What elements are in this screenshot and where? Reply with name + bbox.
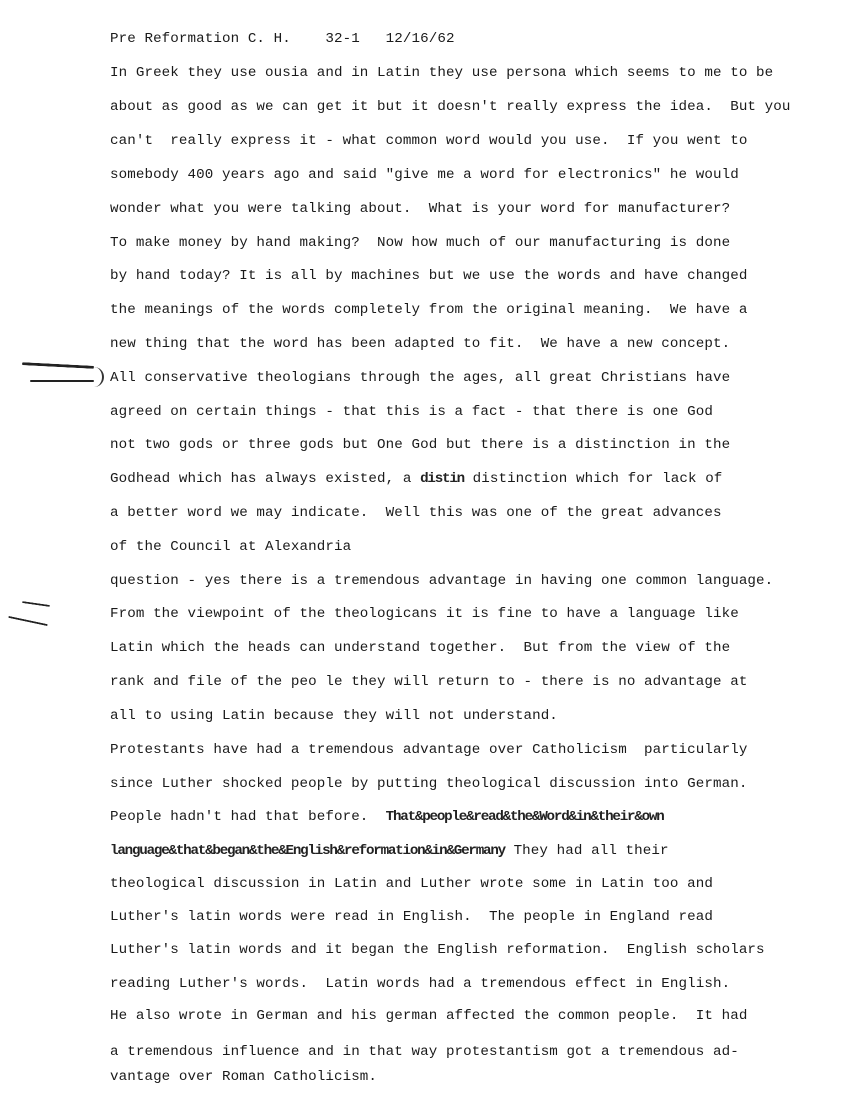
text-line: a tremendous influence and in that way p… bbox=[110, 1043, 739, 1061]
text-line: wonder what you were talking about. What… bbox=[110, 200, 730, 218]
text-line: a better word we may indicate. Well this… bbox=[110, 504, 722, 522]
text-line: by hand today? It is all by machines but… bbox=[110, 267, 747, 285]
margin-dash-mark bbox=[22, 601, 50, 607]
text-line: He also wrote in German and his german a… bbox=[110, 1007, 747, 1025]
text-line: of the Council at Alexandria bbox=[110, 538, 351, 556]
text-line: agreed on certain things - that this is … bbox=[110, 403, 713, 421]
text-line: reading Luther's words. Latin words had … bbox=[110, 975, 730, 993]
text-line: Luther's latin words and it began the En… bbox=[110, 941, 765, 959]
text-line: not two gods or three gods but One God b… bbox=[110, 436, 730, 454]
text-line: In Greek they use ousia and in Latin the… bbox=[110, 64, 773, 82]
text-line: question - yes there is a tremendous adv… bbox=[110, 572, 773, 590]
margin-arrow-mark bbox=[30, 380, 94, 382]
text-line: theological discussion in Latin and Luth… bbox=[110, 875, 713, 893]
text-line: about as good as we can get it but it do… bbox=[110, 98, 791, 116]
text-line: somebody 400 years ago and said "give me… bbox=[110, 166, 739, 184]
text-line: vantage over Roman Catholicism. bbox=[110, 1068, 377, 1086]
margin-arrow-mark bbox=[22, 362, 94, 369]
struck-out-text: distin bbox=[420, 471, 464, 487]
margin-bracket-mark bbox=[92, 367, 104, 387]
struck-out-text: language&that&began&the&English&reformat… bbox=[110, 843, 505, 859]
text-segment: People hadn't had that before. bbox=[110, 809, 386, 825]
text-segment: They had all their bbox=[505, 843, 669, 859]
document-header: Pre Reformation C. H. 32-1 12/16/62 bbox=[110, 30, 455, 48]
text-line: Godhead which has always existed, a dist… bbox=[110, 470, 722, 488]
text-line: To make money by hand making? Now how mu… bbox=[110, 234, 730, 252]
text-line: since Luther shocked people by putting t… bbox=[110, 775, 747, 793]
text-segment: distinction which for lack of bbox=[464, 471, 722, 487]
text-line: can't really express it - what common wo… bbox=[110, 132, 747, 150]
text-line: new thing that the word has been adapted… bbox=[110, 335, 730, 353]
text-line: language&that&began&the&English&reformat… bbox=[110, 842, 669, 860]
text-line: From the viewpoint of the theologicans i… bbox=[110, 605, 739, 623]
text-line: All conservative theologians through the… bbox=[110, 369, 730, 387]
typed-document-page: Pre Reformation C. H. 32-1 12/16/62 In G… bbox=[0, 0, 850, 1107]
text-line: Protestants have had a tremendous advant… bbox=[110, 741, 747, 759]
text-line: Latin which the heads can understand tog… bbox=[110, 639, 730, 657]
struck-out-text: That&people&read&the&Word&in&their&own bbox=[386, 809, 664, 825]
text-line: the meanings of the words completely fro… bbox=[110, 301, 747, 319]
text-segment: Godhead which has always existed, a bbox=[110, 471, 420, 487]
text-line: People hadn't had that before. That&peop… bbox=[110, 808, 664, 826]
text-line: Luther's latin words were read in Englis… bbox=[110, 908, 713, 926]
text-line: rank and file of the peo le they will re… bbox=[110, 673, 747, 691]
margin-dash-mark bbox=[8, 616, 48, 626]
text-line: all to using Latin because they will not… bbox=[110, 707, 558, 725]
